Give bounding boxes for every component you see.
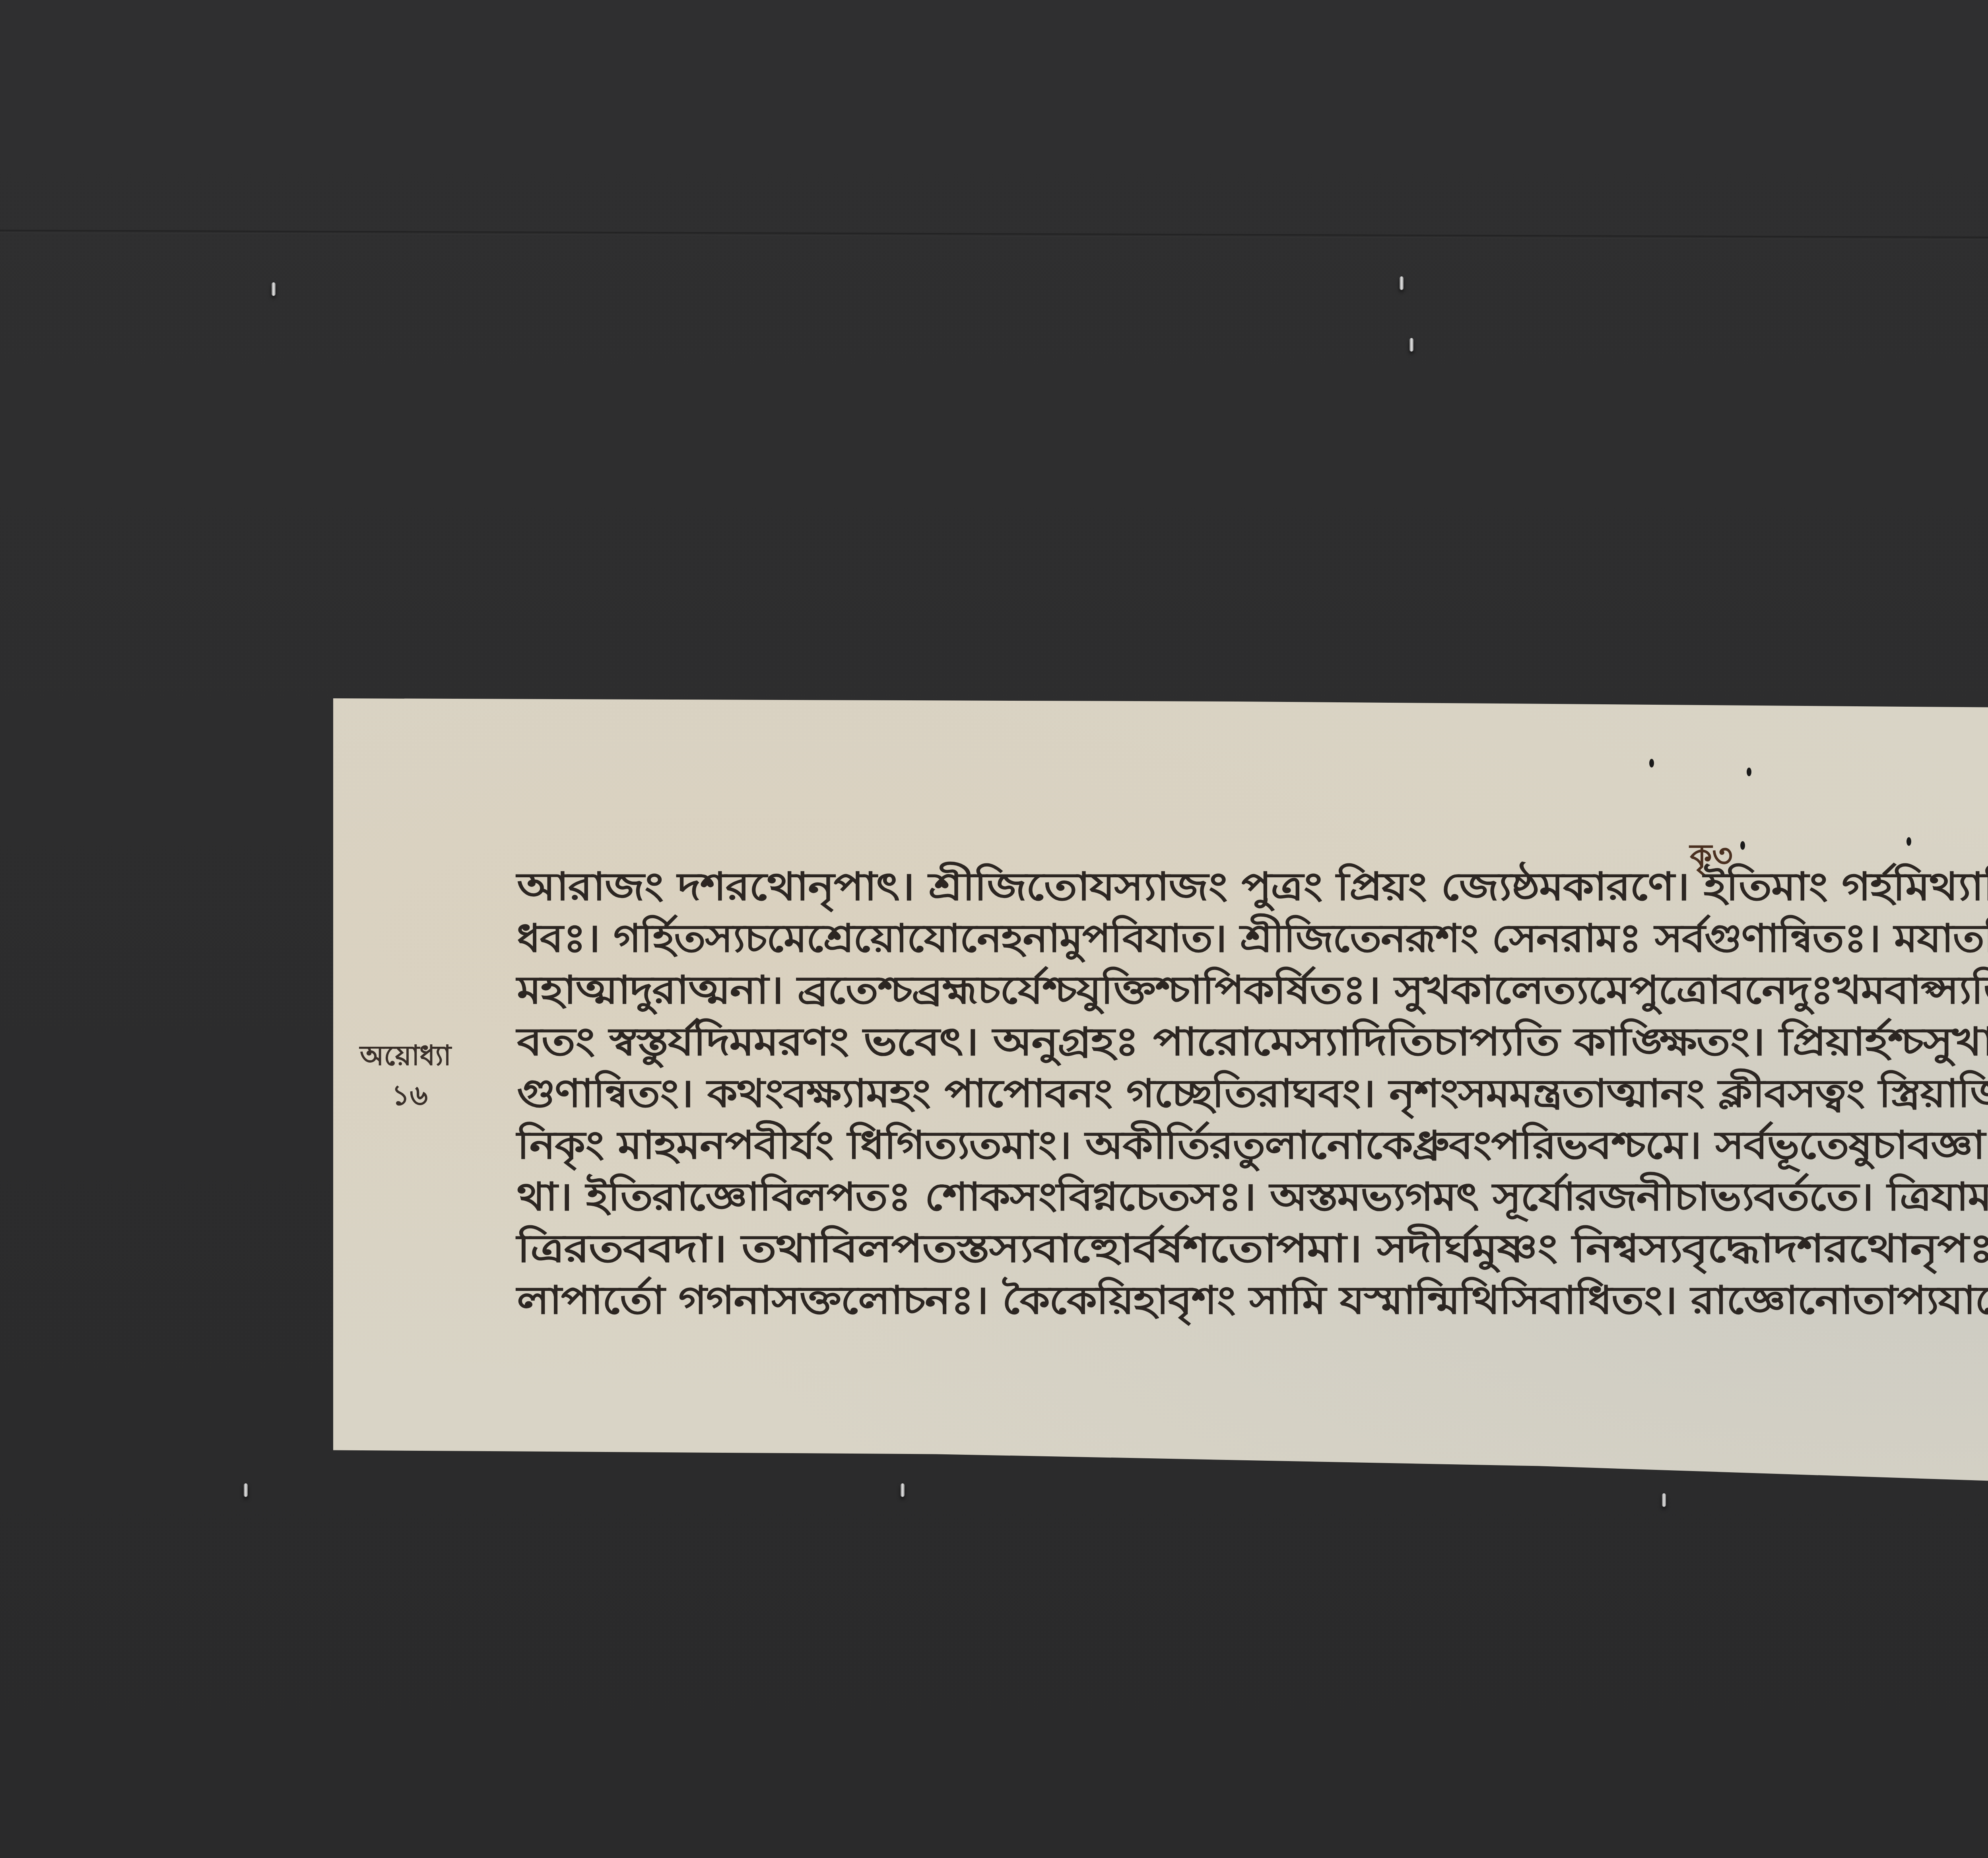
text-line-9: লাপার্তো গগনাসক্তলোচনঃ। কৈকেয়িহাবৃশং সা… bbox=[517, 1277, 1988, 1324]
left-margin-folio-number: ১৬ bbox=[392, 1074, 428, 1120]
binding-hole bbox=[1906, 837, 1911, 846]
text-line-1: আরাজং দশরথোনৃপাৎ। শ্রীজিতোযস্যাজং পুত্রং… bbox=[517, 863, 1988, 911]
mounting-pin bbox=[901, 1483, 905, 1497]
mounting-pin bbox=[272, 282, 276, 296]
text-line-6: নিকৃং মাহমনপবীর্যং ধিগিত্যতমাং। অকীর্তির… bbox=[517, 1121, 1988, 1169]
text-line-3: মহাত্মাদুরাত্মনা। ব্রতেশ্চব্রহ্মচর্যেশ্চ… bbox=[517, 966, 1988, 1014]
mounting-pin bbox=[1409, 338, 1413, 352]
binding-hole bbox=[1747, 768, 1751, 776]
text-line-8: ত্রিরতববদা। তথাবিলপতস্তস্যবাহুোর্বর্ষশতো… bbox=[517, 1225, 1988, 1273]
text-line-2: ধবঃ। গর্হিতস্যচমেশ্রেয়োযোনেহনামুপবিযাত।… bbox=[517, 915, 1988, 962]
text-line-4: বতং স্বস্তুর্যদিমমরণং ভবেৎ। অনুগ্রহঃ পার… bbox=[517, 1018, 1988, 1066]
binding-hole bbox=[1740, 841, 1745, 850]
mounting-pin bbox=[1400, 276, 1404, 290]
binding-hole bbox=[1649, 759, 1654, 768]
mounting-pin bbox=[1662, 1493, 1666, 1507]
text-line-5: গুণান্বিতং। কথংবক্ষ্যামহং পাপোবনং গচ্ছেত… bbox=[517, 1070, 1988, 1118]
text-line-7: থা। ইতিরাজ্ঞোবিলপতঃ শোকসংবিগ্নচেতসঃ। অস্… bbox=[517, 1173, 1988, 1221]
mounting-pin bbox=[244, 1483, 248, 1497]
